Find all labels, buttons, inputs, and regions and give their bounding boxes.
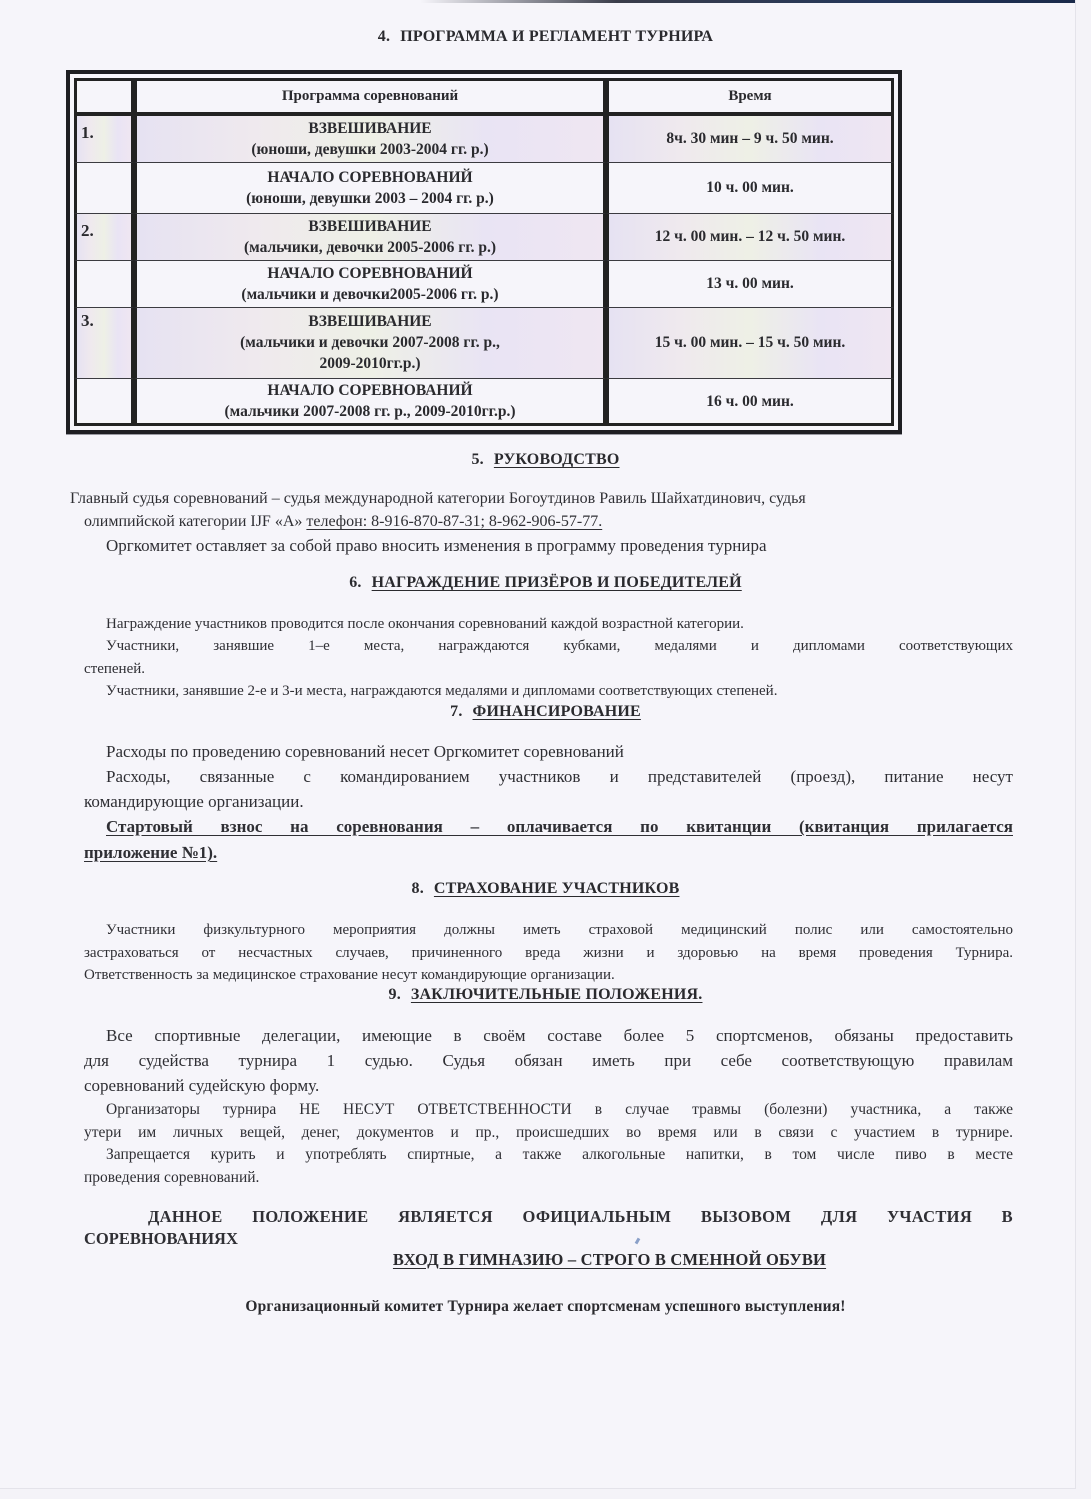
section-number: 7. <box>450 703 462 720</box>
row-title: НАЧАЛО СОРЕВНОВАНИЙ <box>137 167 603 188</box>
row-number: 3. <box>74 308 134 379</box>
insurance-line-2: застраховаться от несчастных случаев, пр… <box>84 942 1013 964</box>
final-paragraph-2-line-2: утери им личных вещей, денег, документов… <box>84 1122 1013 1144</box>
row-title: ВЗВЕШИВАНИЕ <box>137 311 603 332</box>
row-number: 2. <box>74 214 134 261</box>
row-subtitle: (мальчики 2007-2008 гг. р., 2009-2010гг.… <box>137 401 603 422</box>
section-number: 6. <box>349 574 361 591</box>
row-subtitle: (мальчики, девочки 2005-2006 гг. р.) <box>137 237 603 258</box>
row-subtitle: (юноши, девушки 2003-2004 гг. р.) <box>137 139 603 160</box>
final-paragraph-2-line-1: Организаторы турнира НЕ НЕСУТ ОТВЕТСТВЕН… <box>106 1099 1013 1121</box>
section-5-heading: 5.РУКОВОДСТВО <box>0 451 1091 469</box>
awards-paragraph-3: Участники, занявшие 2-е и 3-и места, наг… <box>106 680 1016 702</box>
finance-paragraph-1: Расходы по проведению соревнований несет… <box>106 741 1006 763</box>
insurance-line-1: Участники физкультурного мероприятия дол… <box>106 919 1013 941</box>
awards-paragraph-2-line-2: степеней. <box>84 658 984 680</box>
program-schedule-table: Программа соревнований Время 1. ВЗВЕШИВА… <box>74 78 894 426</box>
insurance-line-3: Ответственность за медицинское страхован… <box>84 964 984 986</box>
chief-judge-line-2: олимпийской категории IJF «А» телефон: 8… <box>84 511 1014 533</box>
final-paragraph-3-line-2: проведения соревнований. <box>84 1167 984 1189</box>
row-number <box>74 261 134 308</box>
section-number: 8. <box>412 880 424 897</box>
table-row: 1. ВЗВЕШИВАНИЕ(юноши, девушки 2003-2004 … <box>74 116 894 163</box>
table-row: НАЧАЛО СОРЕВНОВАНИЙ(мальчики и девочки20… <box>74 261 894 308</box>
final-paragraph-1-line-2: для судейства турнира 1 судью. Судья обя… <box>84 1050 1013 1072</box>
row-number <box>74 163 134 214</box>
final-paragraph-3-line-1: Запрещается курить и употреблять спиртны… <box>106 1144 1013 1166</box>
category-text: олимпийской категории IJF «А» <box>84 513 306 530</box>
row-subtitle: (мальчики и девочки2005-2006 гг. р.) <box>137 284 603 305</box>
header-program: Программа соревнований <box>134 78 606 116</box>
row-program: НАЧАЛО СОРЕВНОВАНИЙ(юноши, девушки 2003 … <box>134 163 606 214</box>
final-paragraph-1-line-1: Все спортивные делегации, имеющие в своё… <box>106 1025 1013 1047</box>
entry-fee-line-1: Стартовый взнос на соревнования – оплачи… <box>106 816 1013 838</box>
row-program: НАЧАЛО СОРЕВНОВАНИЙ(мальчики 2007-2008 г… <box>134 379 606 426</box>
row-title: НАЧАЛО СОРЕВНОВАНИЙ <box>137 380 603 401</box>
orgcommittee-changes-text: Оргкомитет оставляет за собой право внос… <box>106 535 1006 557</box>
row-number <box>74 379 134 426</box>
entry-notice: ВХОД В ГИМНАЗИЮ – СТРОГО В СМЕННОЙ ОБУВИ <box>64 1250 1091 1270</box>
row-program: ВЗВЕШИВАНИЕ(юноши, девушки 2003-2004 гг.… <box>134 116 606 163</box>
row-number: 1. <box>74 116 134 163</box>
row-program: ВЗВЕШИВАНИЕ(мальчики и девочки 2007-2008… <box>134 308 606 379</box>
official-invitation-line-1: ДАННОЕ ПОЛОЖЕНИЕ ЯВЛЯЕТСЯ ОФИЦИАЛЬНЫМ ВЫ… <box>148 1206 1013 1228</box>
header-num <box>74 78 134 116</box>
finance-paragraph-2-line-1: Расходы, связанные с командированием уча… <box>106 766 1013 788</box>
table-row: НАЧАЛО СОРЕВНОВАНИЙ(мальчики 2007-2008 г… <box>74 379 894 426</box>
section-title: НАГРАЖДЕНИЕ ПРИЗЁРОВ И ПОБЕДИТЕЛЕЙ <box>372 574 742 591</box>
section-7-heading: 7.ФИНАНСИРОВАНИЕ <box>0 703 1091 721</box>
section-title: РУКОВОДСТВО <box>494 451 620 468</box>
program-table: Программа соревнований Время 1. ВЗВЕШИВА… <box>66 70 902 434</box>
section-9-heading: 9.ЗАКЛЮЧИТЕЛЬНЫЕ ПОЛОЖЕНИЯ. <box>0 986 1091 1004</box>
row-time: 15 ч. 00 мин. – 15 ч. 50 мин. <box>606 308 894 379</box>
row-program: ВЗВЕШИВАНИЕ(мальчики, девочки 2005-2006 … <box>134 214 606 261</box>
row-subtitle-2: 2009-2010гг.р.) <box>137 353 603 374</box>
row-title: ВЗВЕШИВАНИЕ <box>137 118 603 139</box>
row-title: НАЧАЛО СОРЕВНОВАНИЙ <box>137 263 603 284</box>
chief-judge-line-1: Главный судья соревнований – судья между… <box>70 488 1020 510</box>
table-row: 3. ВЗВЕШИВАНИЕ(мальчики и девочки 2007-2… <box>74 308 894 379</box>
row-subtitle: (юноши, девушки 2003 – 2004 гг. р.) <box>137 188 603 209</box>
row-time: 16 ч. 00 мин. <box>606 379 894 426</box>
section-title: ЗАКЛЮЧИТЕЛЬНЫЕ ПОЛОЖЕНИЯ. <box>411 986 703 1003</box>
table-header-row: Программа соревнований Время <box>74 78 894 116</box>
row-time: 8ч. 30 мин – 9 ч. 50 мин. <box>606 116 894 163</box>
final-paragraph-1-line-3: соревнований судейскую форму. <box>84 1075 984 1097</box>
row-time: 10 ч. 00 мин. <box>606 163 894 214</box>
official-invitation-line-2: СОРЕВНОВАНИЯХ <box>84 1228 484 1250</box>
section-4-heading: 4.ПРОГРАММА И РЕГЛАМЕНТ ТУРНИРА <box>0 28 1091 46</box>
closing-wish: Организационный комитет Турнира желает с… <box>0 1298 1091 1316</box>
table-row: 2. ВЗВЕШИВАНИЕ(мальчики, девочки 2005-20… <box>74 214 894 261</box>
awards-paragraph-2-line-1: Участники, занявшие 1–е места, награждаю… <box>106 635 1013 657</box>
row-subtitle: (мальчики и девочки 2007-2008 гг. р., <box>137 332 603 353</box>
header-time: Время <box>606 78 894 116</box>
scan-edge-artifact <box>420 0 1075 3</box>
row-time: 13 ч. 00 мин. <box>606 261 894 308</box>
section-6-heading: 6.НАГРАЖДЕНИЕ ПРИЗЁРОВ И ПОБЕДИТЕЛЕЙ <box>0 574 1091 592</box>
section-number: 4. <box>378 28 390 45</box>
section-number: 9. <box>389 986 401 1003</box>
awards-paragraph-1: Награждение участников проводится после … <box>106 613 1016 635</box>
table-row: НАЧАЛО СОРЕВНОВАНИЙ(юноши, девушки 2003 … <box>74 163 894 214</box>
row-time: 12 ч. 00 мин. – 12 ч. 50 мин. <box>606 214 894 261</box>
row-title: ВЗВЕШИВАНИЕ <box>137 216 603 237</box>
finance-paragraph-2-line-2: командирующие организации. <box>84 791 984 813</box>
section-8-heading: 8.СТРАХОВАНИЕ УЧАСТНИКОВ <box>0 880 1091 898</box>
row-program: НАЧАЛО СОРЕВНОВАНИЙ(мальчики и девочки20… <box>134 261 606 308</box>
phone-numbers: телефон: 8-916-870-87-31; 8-962-906-57-7… <box>306 513 602 530</box>
section-title: ФИНАНСИРОВАНИЕ <box>473 703 641 720</box>
section-number: 5. <box>471 451 483 468</box>
entry-fee-line-2: приложение №1). <box>84 842 684 864</box>
section-title: ПРОГРАММА И РЕГЛАМЕНТ ТУРНИРА <box>400 28 713 45</box>
section-title: СТРАХОВАНИЕ УЧАСТНИКОВ <box>434 880 680 897</box>
